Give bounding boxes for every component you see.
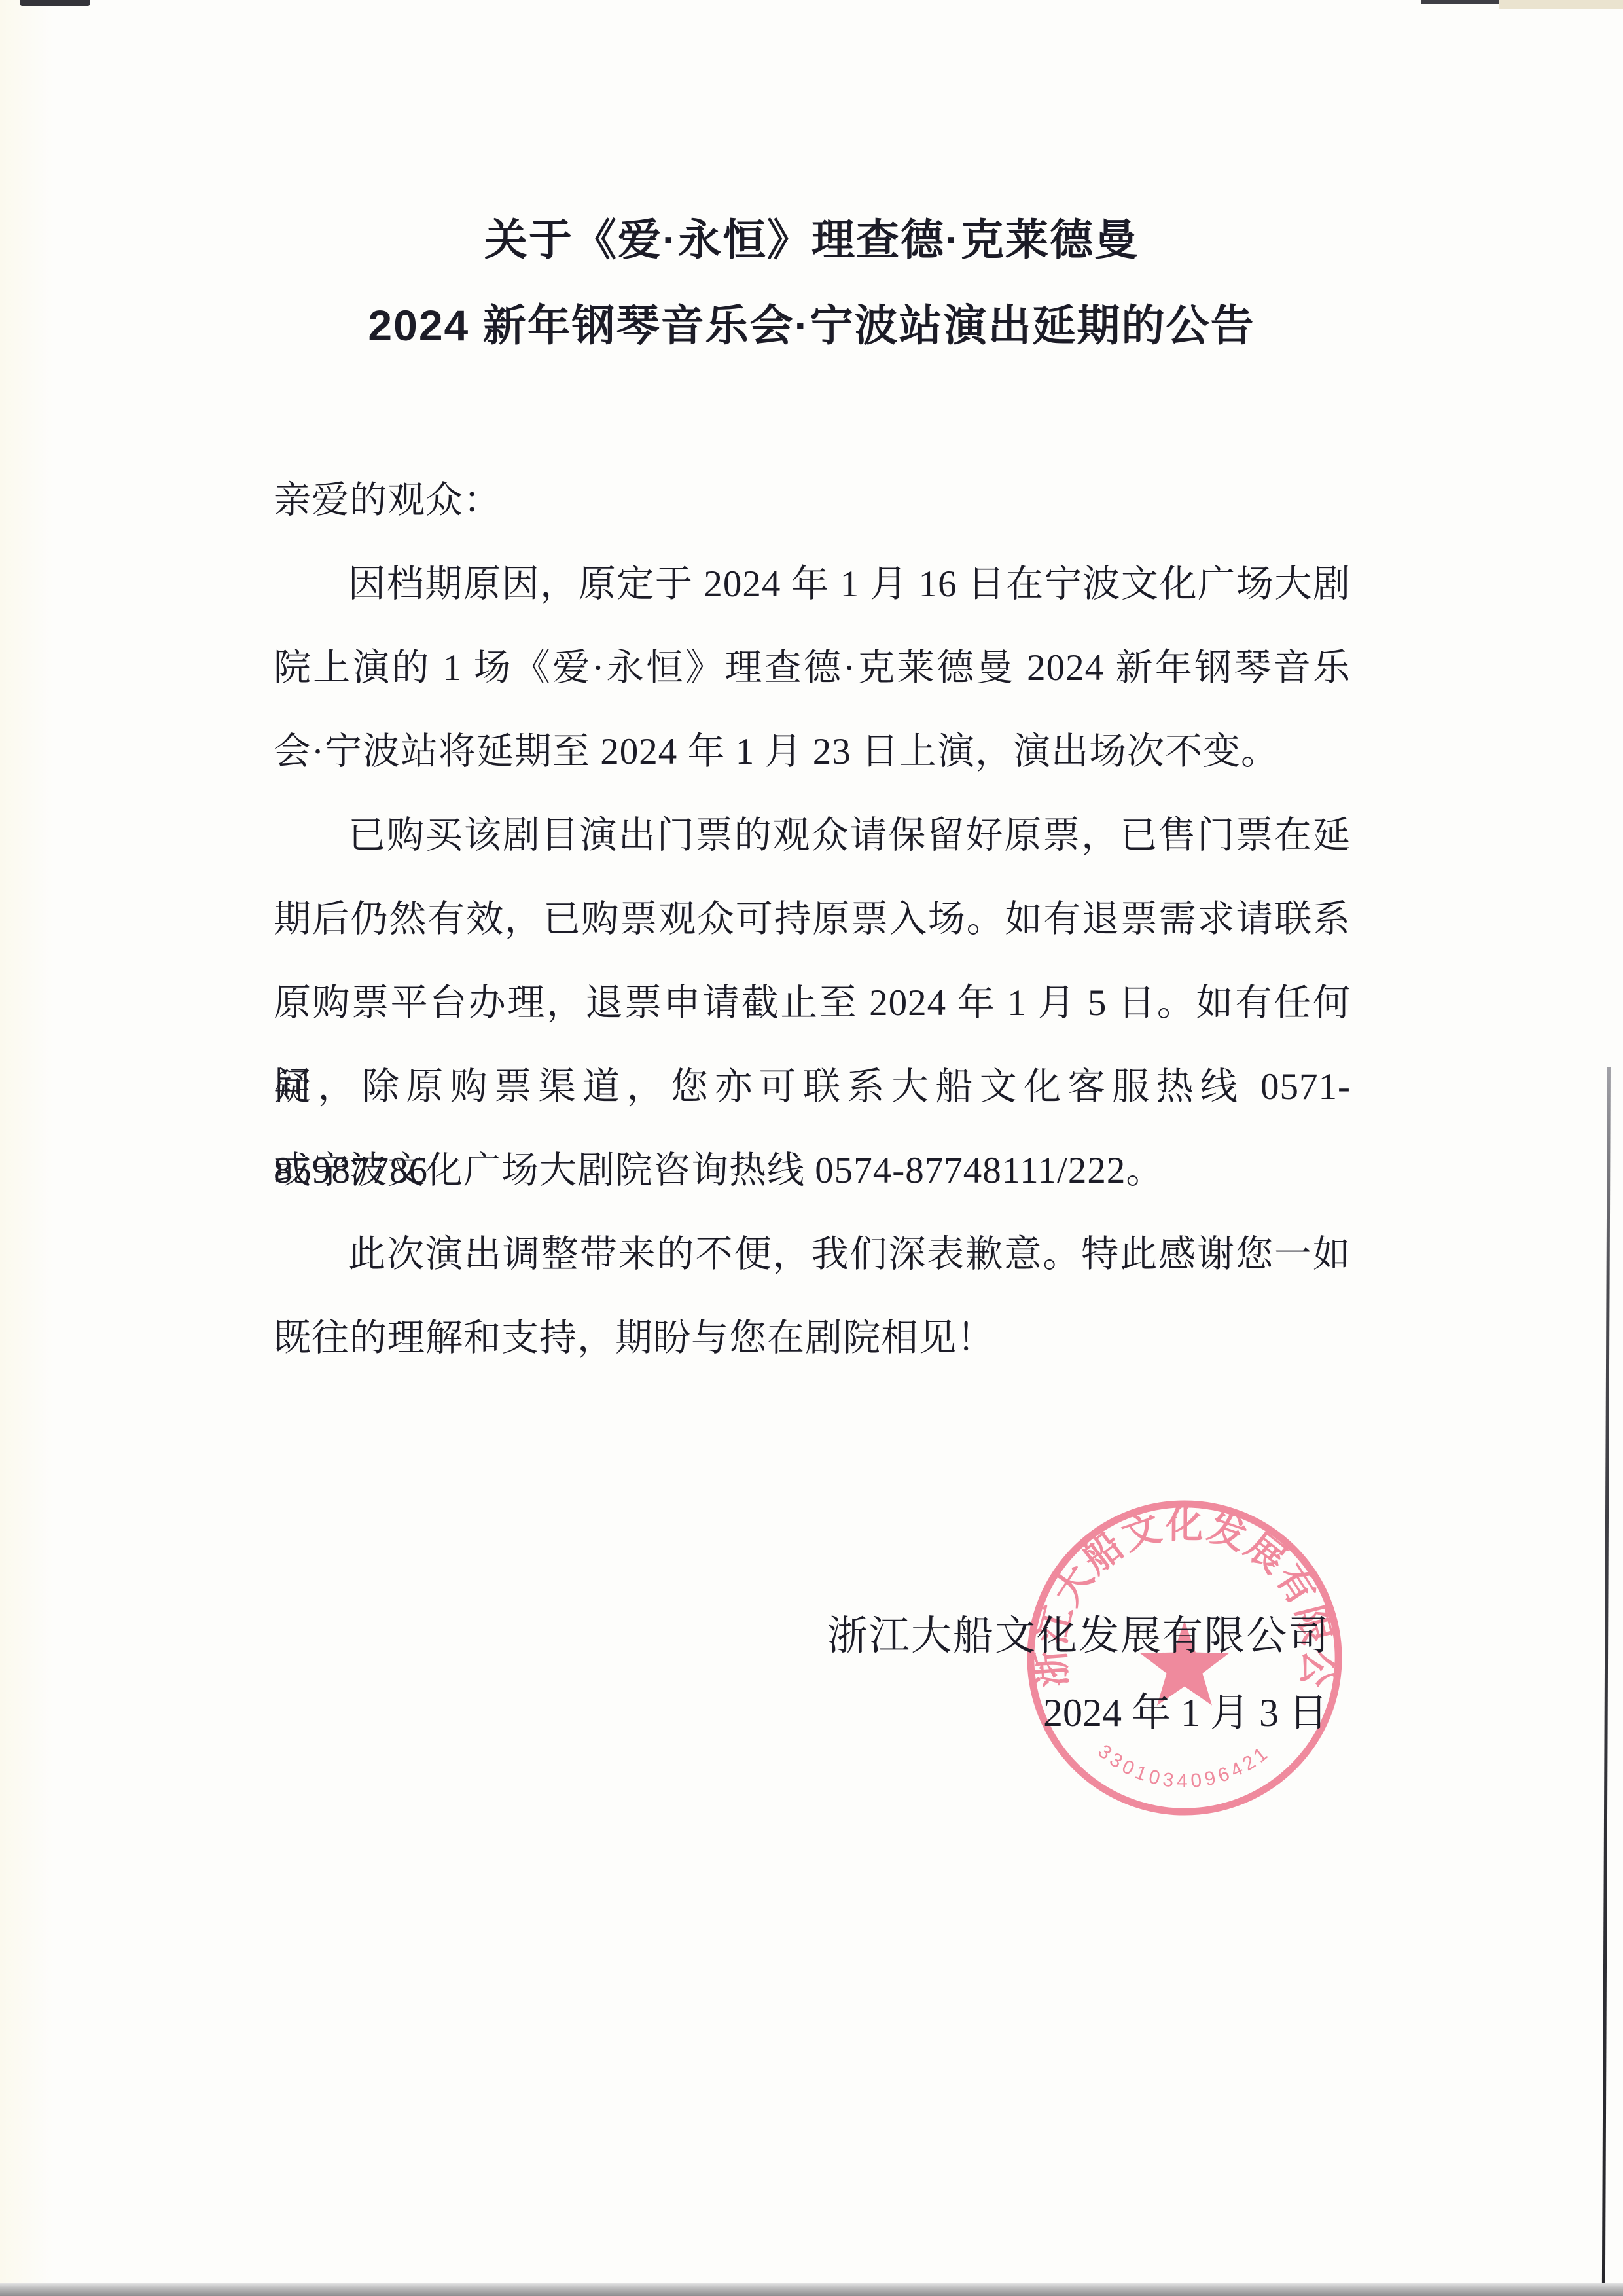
scan-artifact-top-left — [20, 0, 90, 6]
announcement-title-line-2: 2024 新年钢琴音乐会·宁波站演出延期的公告 — [0, 295, 1623, 355]
document-date: 2024 年 1 月 3 日 — [1043, 1693, 1328, 1733]
body-line: 会·宁波站将延期至 2024 年 1 月 23 日上演，演出场次不变。 — [274, 710, 1351, 794]
body-line: 既往的理解和支持，期盼与您在剧院相见！ — [274, 1297, 1351, 1380]
scan-artifact-right-edge-line — [1602, 1067, 1611, 2296]
scan-artifact-top-beige — [1499, 0, 1623, 9]
body-line: 此次演出调整带来的不便，我们深表歉意。特此感谢您一如 — [274, 1213, 1351, 1297]
body-line: 已购买该剧目演出门票的观众请保留好原票，已售门票在延 — [274, 794, 1351, 878]
seal-serial-number: 3301034096421 — [1094, 1740, 1274, 1792]
scanned-announcement-page: { "title": { "line1": "关于《爱·永恒》理查德·克莱德曼"… — [0, 0, 1623, 2296]
body-line: 或宁波文化广场大剧院咨询热线 0574-87748111/222。 — [274, 1129, 1351, 1213]
scan-artifact-bottom-shadow — [0, 2283, 1623, 2296]
body-line: 原购票平台办理，退票申请截止至 2024 年 1 月 5 日。如有任何疑 — [274, 961, 1351, 1045]
body-line: 亲爱的观众： — [274, 459, 1351, 543]
body-line: 问，除原购票渠道，您亦可联系大船文化客服热线 0571-85987786 — [274, 1045, 1351, 1129]
body-line: 期后仍然有效，已购票观众可持原票入场。如有退票需求请联系 — [274, 878, 1351, 961]
body-line: 院上演的 1 场《爱·永恒》理查德·克莱德曼 2024 新年钢琴音乐 — [274, 626, 1351, 710]
body-lines: 亲爱的观众：因档期原因，原定于 2024 年 1 月 16 日在宁波文化广场大剧… — [274, 459, 1351, 1380]
announcement-title-line-1: 关于《爱·永恒》理查德·克莱德曼 — [0, 209, 1623, 270]
body-line: 因档期原因，原定于 2024 年 1 月 16 日在宁波文化广场大剧 — [274, 543, 1351, 626]
scan-artifact-top-right — [1421, 0, 1499, 4]
company-signature: 浙江大船文化发展有限公司 — [827, 1615, 1330, 1657]
